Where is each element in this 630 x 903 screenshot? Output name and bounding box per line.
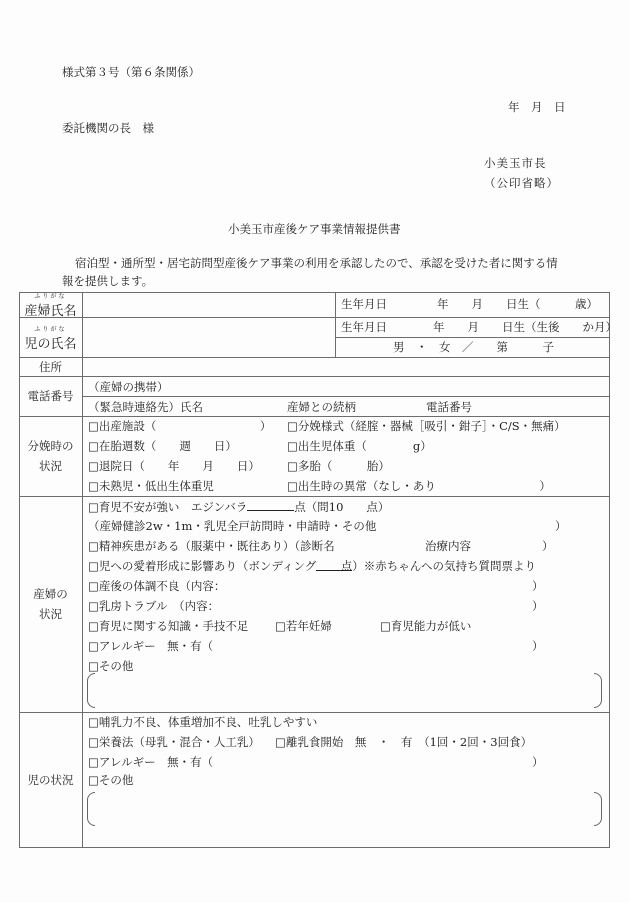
discharge-date-checkbox[interactable]: □退院日（ 年 月 日） [88, 459, 260, 473]
child-other-field[interactable] [95, 792, 595, 826]
child-allergy-close: ） [532, 755, 544, 769]
child-other-bracket-right [594, 792, 602, 826]
bonding-prefix: □児への愛着形成に影響あり（ボンディング [88, 559, 316, 573]
child-name-field[interactable] [83, 318, 335, 357]
delivery-label-2: 状況 [19, 459, 82, 473]
row-line [82, 396, 610, 397]
row-line [19, 416, 610, 417]
issuer: 小美玉市長 [484, 156, 547, 170]
mother-other-bracket-right [594, 673, 602, 708]
row-line [335, 337, 610, 338]
mother-name-ruby: ふりがな [24, 293, 76, 300]
child-name-label-text: 児の氏名 [24, 337, 76, 352]
emergency-name[interactable]: （緊急時連絡先）氏名 [88, 400, 203, 414]
birth-weight-checkbox[interactable]: □出生児体重（ g） [287, 439, 432, 453]
gestational-weeks-checkbox[interactable]: □在胎週数（ 週 日） [88, 439, 237, 453]
intro-line-1: 宿泊型・通所型・居宅訪問型産後ケア事業の利用を承認したので、承認を受けた者に関す… [75, 256, 558, 270]
child-birth-label: 生年月日 [341, 320, 387, 334]
row-line [19, 376, 610, 377]
child-other-bracket-left [87, 792, 95, 826]
mother-name-field[interactable] [83, 293, 335, 317]
birth-abnormality-checkbox[interactable]: □出生時の異常（なし・あり ） [287, 479, 551, 493]
delivery-facility-checkbox[interactable]: □出産施設（ ） [88, 419, 271, 433]
child-other-checkbox[interactable]: □その他 [88, 773, 133, 787]
delivery-label-1: 分娩時の [19, 439, 82, 453]
mental-treatment-label: 治療内容 [425, 539, 471, 553]
bonding-suffix: ）※赤ちゃんへの気持ち質問票より [352, 559, 536, 573]
bonding-score-field[interactable]: 点 [316, 559, 352, 571]
premature-checkbox[interactable]: □未熟児・低出生体重児 [88, 479, 214, 493]
mother-status-label-2: 状況 [19, 607, 82, 621]
row-line [19, 712, 610, 713]
multiple-birth-checkbox[interactable]: □多胎（ 胎） [287, 459, 390, 473]
document-title: 小美玉市産後ケア事業情報提供書 [228, 222, 401, 236]
mother-mobile[interactable]: （産婦の携帯） [88, 380, 169, 394]
feeding-problem-checkbox[interactable]: □哺乳力不良、体重増加不良、吐乳しやすい [88, 715, 317, 729]
child-name-label: ふりがな 児の氏名 [19, 326, 82, 352]
issue-date: 年 月 日 [508, 100, 566, 114]
mother-birth-fields[interactable]: 年 月 日生（ 歳） [437, 297, 598, 311]
mother-status-label-1: 産婦の [19, 587, 82, 601]
low-ability-checkbox[interactable]: □育児能力が低い [380, 619, 471, 633]
child-birth-fields[interactable]: 年 月 日生（生後 か月） [433, 320, 617, 334]
epds-score-field[interactable] [247, 499, 294, 511]
seal-note: （公印省略） [484, 176, 559, 190]
address-field[interactable] [83, 358, 609, 376]
emergency-phone[interactable]: 電話番号 [426, 400, 472, 414]
bonding-checkbox[interactable]: □児への愛着形成に影響あり（ボンディング点）※赤ちゃんへの気持ち質問票より [88, 559, 536, 573]
mother-birth-label: 生年月日 [341, 297, 387, 311]
breast-close: ） [532, 599, 544, 613]
form-number: 様式第３号（第６条関係） [62, 65, 200, 79]
emergency-relation[interactable]: 産婦との続柄 [287, 400, 356, 414]
intro-line-2: 報を提供します。 [62, 274, 153, 288]
postpartum-condition-checkbox[interactable]: □産後の体調不良（内容： [88, 579, 225, 593]
postpartum-close: ） [532, 579, 544, 593]
phone-label: 電話番号 [19, 389, 82, 403]
knowledge-checkbox[interactable]: □育児に関する知識・手技不足 [88, 619, 248, 633]
mother-other-checkbox[interactable]: □その他 [88, 659, 133, 673]
breast-trouble-checkbox[interactable]: □乳房トラブル （内容： [88, 599, 219, 613]
child-name-ruby: ふりがな [24, 326, 76, 333]
child-allergy-checkbox[interactable]: □アレルギー 無・有（ [88, 755, 213, 769]
child-status-label: 児の状況 [19, 773, 82, 787]
epds-prefix: □育児不安が強い エジンバラ [88, 500, 247, 514]
mental-close: ） [542, 539, 554, 553]
young-pregnancy-checkbox[interactable]: □若年妊婦 [275, 619, 332, 633]
row-line [19, 496, 610, 497]
child-sex-order[interactable]: 男 ・ 女 ／ 第 子 [393, 340, 554, 354]
mother-name-label: ふりがな 産婦氏名 [19, 293, 82, 319]
address-label: 住所 [19, 360, 82, 374]
epds-checkbox[interactable]: □育児不安が強い エジンバラ点（問10 点） [88, 499, 389, 514]
epds-suffix: 点（問10 点） [294, 500, 389, 514]
mental-illness-checkbox[interactable]: □精神疾患がある（服薬中・既往あり）（診断名 [88, 539, 335, 553]
weaning-checkbox[interactable]: □離乳食開始 無 ・ 有 （1回・2回・3回食） [275, 735, 532, 749]
nutrition-checkbox[interactable]: □栄養法（母乳・混合・人工乳） [88, 735, 260, 749]
mother-allergy-checkbox[interactable]: □アレルギー 無・有（ [88, 639, 213, 653]
mother-allergy-close: ） [532, 639, 544, 653]
bonding-unit: 点 [341, 559, 353, 573]
birth-divider [335, 292, 336, 357]
epds-timing[interactable]: （産婦健診2w・1m・乳児全戸訪問時・申請時・その他 [88, 519, 376, 533]
mother-other-field[interactable] [95, 673, 595, 708]
delivery-method-checkbox[interactable]: □分娩様式（経腟・器械［吸引・鉗子］・C/S・無痛） [287, 419, 566, 433]
addressee: 委託機関の長 様 [62, 121, 154, 135]
mother-other-bracket-left [87, 673, 95, 708]
epds-timing-close: ） [555, 519, 567, 533]
mother-name-label-text: 産婦氏名 [24, 304, 76, 319]
